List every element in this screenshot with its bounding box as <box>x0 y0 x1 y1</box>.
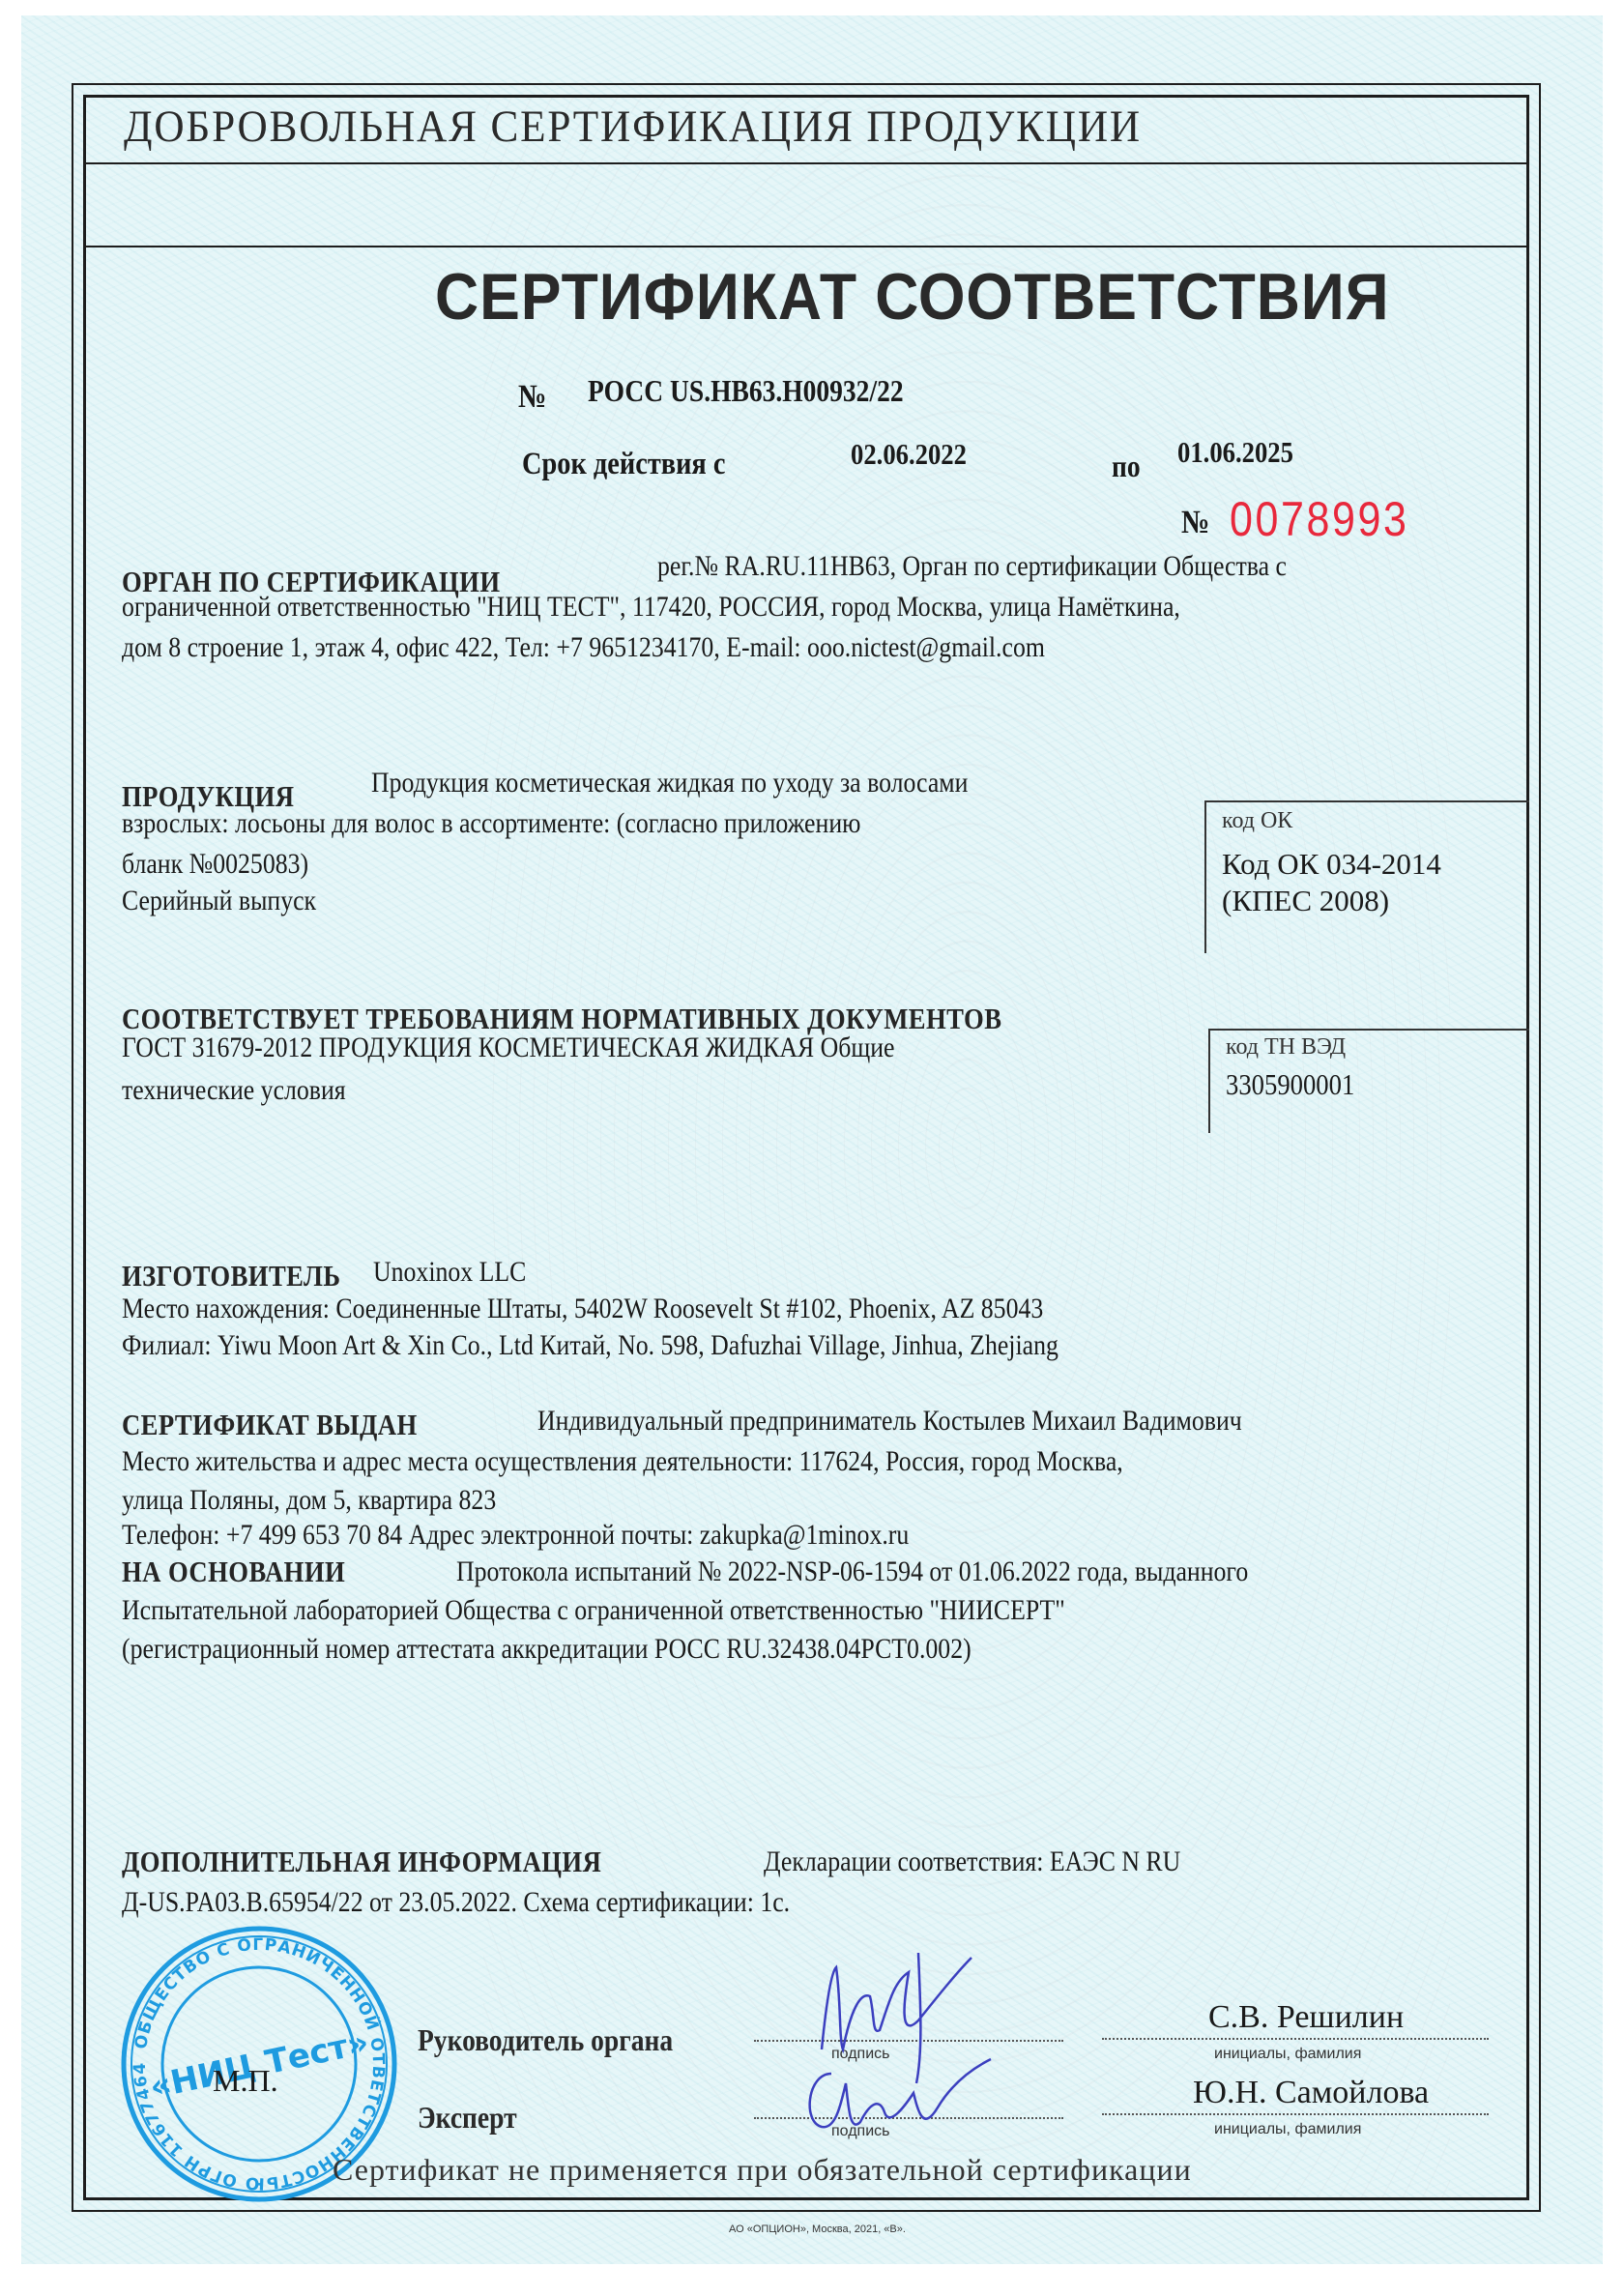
valid-from: 02.06.2022 <box>851 437 967 472</box>
manufacturer-line1: Место нахождения: Соединенные Штаты, 540… <box>122 1292 1043 1326</box>
head-name-caption: инициалы, фамилия <box>1214 2046 1361 2063</box>
certification-body-line3: дом 8 строение 1, этаж 4, офис 422, Тел:… <box>122 630 1045 665</box>
product-line4: Серийный выпуск <box>122 884 316 918</box>
issued-to-line2: улица Поляны, дом 5, квартира 823 <box>122 1483 496 1518</box>
code-tnved-label: код ТН ВЭД <box>1226 1034 1346 1061</box>
stamp-place-label: М.П. <box>213 2063 278 2099</box>
head-name-line <box>1102 2038 1489 2040</box>
head-label: Руководитель органа <box>418 2022 673 2058</box>
head-name: С.В. Решилин <box>1208 1999 1404 2036</box>
code-tnved-value: 3305900001 <box>1226 1067 1354 1102</box>
manufacturer-line2: Филиал: Yiwu Moon Art & Xin Co., Ltd Кит… <box>122 1328 1058 1363</box>
validity-label: Срок действия с <box>522 447 725 482</box>
basis-label: НА ОСНОВАНИИ <box>122 1555 345 1589</box>
main-title: СЕРТИФИКАТ СООТВЕТСТВИЯ <box>435 259 1390 334</box>
issued-to-label: СЕРТИФИКАТ ВЫДАН <box>122 1408 418 1442</box>
additional-info-line2: Д-US.PA03.B.65954/22 от 23.05.2022. Схем… <box>122 1885 790 1920</box>
to-label: по <box>1112 449 1141 484</box>
certification-body-line2: ограниченной ответственностью "НИЦ ТЕСТ"… <box>122 590 1180 625</box>
basis-line2: Испытательной лабораторией Общества с ог… <box>122 1593 1065 1628</box>
issued-to-line3: Телефон: +7 499 653 70 84 Адрес электрон… <box>122 1518 909 1553</box>
header-rule-top <box>83 162 1529 164</box>
code-ok-label: код ОК <box>1222 808 1292 834</box>
cert-number: РОСС US.HB63.H00932/22 <box>588 373 904 409</box>
cert-number-sign: № <box>518 379 546 416</box>
code-ok-line2: (КПЕС 2008) <box>1222 884 1389 918</box>
certification-body-line1: рег.№ RA.RU.11HB63, Орган по сертификаци… <box>657 549 1287 584</box>
code-ok-line1: Код ОК 034-2014 <box>1222 847 1441 882</box>
printer-credit: АО «ОПЦИОН», Москва, 2021, «В». <box>729 2223 906 2235</box>
expert-name: Ю.Н. Самойлова <box>1193 2075 1429 2111</box>
blank-number-sign: № <box>1181 505 1209 541</box>
expert-signature <box>793 2054 1005 2151</box>
product-line1: Продукция косметическая жидкая по уходу … <box>371 766 968 800</box>
expert-name-caption: инициалы, фамилия <box>1214 2121 1361 2138</box>
additional-info-label: ДОПОЛНИТЕЛЬНАЯ ИНФОРМАЦИЯ <box>122 1845 601 1879</box>
product-line3: бланк №0025083) <box>122 847 308 882</box>
standards-line2: технические условия <box>122 1073 346 1108</box>
manufacturer-name: Unoxinox LLC <box>373 1255 526 1290</box>
manufacturer-label: ИЗГОТОВИТЕЛЬ <box>122 1259 340 1293</box>
expert-name-line <box>1102 2113 1489 2115</box>
issued-to-name: Индивидуальный предприниматель Костылев … <box>537 1404 1242 1439</box>
header-rule-bottom <box>83 246 1529 247</box>
standards-line1: ГОСТ 31679-2012 ПРОДУКЦИЯ КОСМЕТИЧЕСКАЯ … <box>122 1031 895 1065</box>
product-line2: взрослых: лосьоны для волос в ассортимен… <box>122 806 860 841</box>
additional-info-line1: Декларации соответствия: ЕАЭС N RU <box>764 1845 1180 1879</box>
disclaimer: Сертификат не применяется при обязательн… <box>333 2152 1192 2188</box>
expert-label: Эксперт <box>418 2100 517 2136</box>
issued-to-line1: Место жительства и адрес места осуществл… <box>122 1444 1123 1479</box>
basis-line1: Протокола испытаний № 2022-NSP-06-1594 о… <box>456 1555 1248 1589</box>
top-title: ДОБРОВОЛЬНАЯ СЕРТИФИКАЦИЯ ПРОДУКЦИИ <box>124 101 1386 153</box>
blank-number: 0078993 <box>1230 491 1408 547</box>
basis-line3: (регистрационный номер аттестата аккреди… <box>122 1632 971 1667</box>
valid-to: 01.06.2025 <box>1177 435 1293 470</box>
